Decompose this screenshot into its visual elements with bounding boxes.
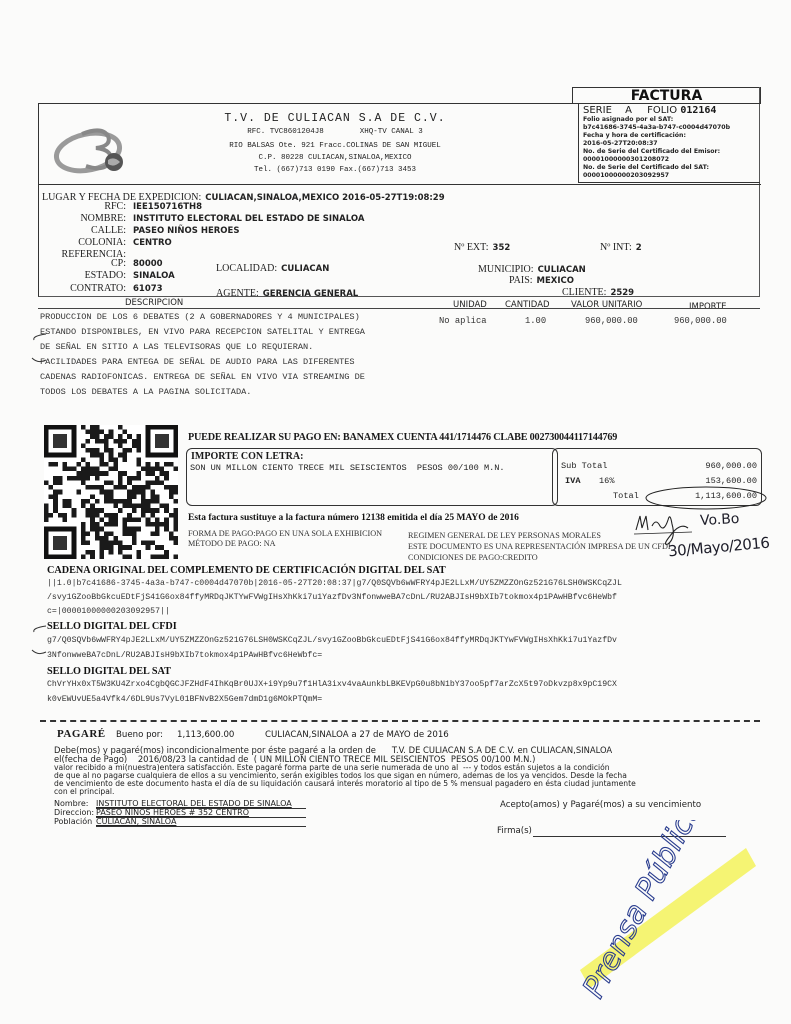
acepto-text: Acepto(amos) y Pagaré(mos) a su vencimie… <box>500 801 701 809</box>
subtotal-label: Sub Total <box>561 461 607 471</box>
condiciones-pago: CONDICIONES DE PAGO:CREDITO <box>408 553 538 562</box>
cliente-value: 2529 <box>610 288 634 298</box>
company-rfc: RFC. TVC8601204J8 XHQ-TV CANAL 3 <box>190 126 480 138</box>
importe-letra-value: SON UN MILLON CIENTO TRECE MIL SEISCIENT… <box>190 463 505 473</box>
cut-line <box>40 720 760 722</box>
colonia-label: COLONIA: <box>42 237 126 248</box>
description-line: TODOS LOS DEBATES A LA PAGINA SOLICITADA… <box>40 387 251 397</box>
cliente-label: CLIENTE: <box>562 287 606 298</box>
bueno-por-value: 1,113,600.00 <box>177 730 234 740</box>
items-header-rule <box>38 308 760 309</box>
pagare-direccion-label: Direccion: <box>54 809 94 817</box>
serie-sat-label: No. de Serie del Certificado del SAT: <box>583 164 756 172</box>
pagare-poblacion-value: CULIACAN, SINALOA <box>96 818 306 827</box>
pagare-title: PAGARÉ <box>57 728 106 740</box>
pagare-lugar-fecha: CULIACAN,SINALOA a 27 de MAYO de 2016 <box>265 730 449 740</box>
metodo-pago: MÉTODO DE PAGO: NA <box>188 539 276 548</box>
localidad-value: CULIACAN <box>281 264 329 274</box>
nint-label: Nº INT: <box>600 242 632 253</box>
next-value: 352 <box>493 243 511 253</box>
cadena-original-label: CADENA ORIGINAL DEL COMPLEMENTO DE CERTI… <box>47 565 446 576</box>
margin-bracket-icon <box>28 622 48 662</box>
margin-bracket-icon <box>28 330 48 370</box>
numero-exterior: Nº EXT: 352 <box>454 237 510 255</box>
colonia-value: CENTRO <box>133 238 172 248</box>
cantidad-value: 1.00 <box>525 316 546 326</box>
total-label: Total <box>613 491 639 501</box>
folio-sat-value: b7c41686-3745-4a3a-b747-c0004d47070b <box>583 124 756 132</box>
firma-line[interactable] <box>533 836 726 837</box>
calle-label: CALLE: <box>42 225 126 236</box>
col-descripcion: DESCRIPCION <box>125 298 183 308</box>
cadena-line: ||1.0|b7c41686-3745-4a3a-b747-c0004d4707… <box>47 579 622 588</box>
contrato-value: 61073 <box>133 284 163 294</box>
sello-cfdi-line: 3NfonwweBA7cDnL/RU2ABJIsH9bXIb7tokmox4p1… <box>47 651 322 660</box>
fecha-cert-value: 2016-05-27T20:08:37 <box>583 140 756 148</box>
cliente: CLIENTE: 2529 <box>562 282 634 300</box>
localidad-label: LOCALIDAD: <box>216 263 277 274</box>
importe-letra-box: IMPORTE CON LETRA: SON UN MILLON CIENTO … <box>186 448 558 506</box>
valor-unitario-value: 960,000.00 <box>585 316 638 326</box>
agente-value: GERENCIA GENERAL <box>263 289 358 299</box>
estado-value: SINALOA <box>133 271 175 281</box>
subtotal-value: 960,000.00 <box>705 461 757 471</box>
sello-sat-label: SELLO DIGITAL DEL SAT <box>47 666 171 677</box>
pagare-text-line: de vencimiento de este documento hasta e… <box>54 780 636 788</box>
serie-emisor-value: 00001000000301208072 <box>583 156 756 164</box>
next-label: Nº EXT: <box>454 242 489 253</box>
pagare-nombre-label: Nombre: <box>54 800 88 808</box>
localidad: LOCALIDAD: CULIACAN <box>216 258 329 276</box>
sello-cfdi-label: SELLO DIGITAL DEL CFDI <box>47 621 177 632</box>
company-city: C.P. 80228 CULIACAN,SINALOA,MEXICO <box>190 152 480 164</box>
serie-folio: SERIE A FOLIO 012164 <box>583 105 756 116</box>
bueno-por-label: Bueno por: <box>116 730 163 740</box>
company-info: T.V. DE CULIACAN S.A DE C.V. RFC. TVC860… <box>190 111 480 176</box>
importe-letra-label: IMPORTE CON LETRA: <box>191 451 303 462</box>
description-line: CADENAS RADIOFONICAS. ENTREGA DE SEÑAL E… <box>40 372 365 382</box>
company-phones: Tel. (667)713 0190 Fax.(667)713 3453 <box>190 164 480 176</box>
agente: AGENTE: GERENCIA GENERAL <box>216 283 358 301</box>
serie-sat-value: 00001000000203092957 <box>583 172 756 180</box>
importe-value: 960,000.00 <box>674 316 727 326</box>
description-line: FACILIDADES PARA ENTEGA DE SEÑAL DE AUDI… <box>40 357 355 367</box>
rfc-label: RFC: <box>42 201 126 212</box>
bank-info: PUEDE REALIZAR SU PAGO EN: BANAMEX CUENT… <box>188 432 617 443</box>
channel-3-logo-icon <box>52 120 138 176</box>
description-line: PRODUCCION DE LOS 6 DEBATES (2 A GOBERNA… <box>40 312 360 322</box>
contrato-label: CONTRATO: <box>42 283 126 294</box>
forma-pago: FORMA DE PAGO:PAGO EN UNA SOLA EXHIBICIO… <box>188 529 382 538</box>
serie-emisor-label: No. de Serie del Certificado del Emisor: <box>583 148 756 156</box>
nombre-label: NOMBRE: <box>42 213 126 224</box>
nombre-value: INSTITUTO ELECTORAL DEL ESTADO DE SINALO… <box>133 214 364 224</box>
sello-sat-line: ChVrYHx0xT5W3KU4Zrxo4CgbQGCJFZHdF4IhKqBr… <box>47 680 617 689</box>
pais-label: PAIS: <box>509 275 533 286</box>
numero-interior: Nº INT: 2 <box>600 237 642 255</box>
fecha-cert-label: Fecha y hora de certificación: <box>583 132 756 140</box>
folio-sat-label: Folio asignado por el SAT: <box>583 116 756 124</box>
pagare-text-line: con el principal. <box>54 788 114 796</box>
serie-label: SERIE <box>583 105 612 116</box>
calle-value: PASEO NIÑOS HEROES <box>133 226 239 236</box>
company-name: T.V. DE CULIACAN S.A DE C.V. <box>190 111 480 126</box>
document-title: FACTURA <box>572 87 761 104</box>
unidad-value: No aplica <box>439 316 487 326</box>
cp-label: CP: <box>42 258 126 269</box>
company-address: RIO BALSAS Ote. 921 Fracc.COLINAS DE SAN… <box>190 140 480 152</box>
pagare-poblacion-label: Población <box>54 818 92 826</box>
sello-cfdi-line: g7/Q0SQVb6wWFRY4pJE2LLxM/UY5ZMZZOnGz521G… <box>47 636 617 645</box>
description-line: ESTANDO DISPONIBLES, EN VIVO PARA RECEPC… <box>40 327 365 337</box>
iva-label: IVA <box>565 476 580 486</box>
serie-value: A <box>625 105 632 116</box>
sello-sat-line: k0vEWUvUE5a4Vfk4/6DL9Us7VyL01BFNvB2X5Gem… <box>47 695 322 704</box>
sustituye-note: Esta factura sustituye a la factura núme… <box>188 513 519 523</box>
regimen: REGIMEN GENERAL DE LEY PERSONAS MORALES <box>408 531 601 540</box>
folio-label: FOLIO <box>647 105 677 116</box>
cp-value: 80000 <box>133 259 163 269</box>
cadena-line: c=|00001000000203092957|| <box>47 607 170 616</box>
nint-value: 2 <box>636 243 642 253</box>
folio-value: 012164 <box>680 105 716 116</box>
iva-rate: 16% <box>599 476 614 486</box>
qr-code-icon <box>42 425 180 559</box>
estado-label: ESTADO: <box>42 270 126 281</box>
firma-label: Firma(s) <box>497 827 532 835</box>
lugar-value: CULIACAN,SINALOA,MEXICO 2016-05-27T19:08… <box>205 193 444 203</box>
col-importe: IMPORTE <box>689 302 727 312</box>
vobo-handwritten: Vo.Bo <box>700 511 740 529</box>
cadena-line: /svy1GZooBbGkcuEDtFjS41G6ox84ffyMRDqJKTY… <box>47 593 617 602</box>
description-line: DE SEÑAL EN SITIO A LAS TELEVISORAS QUE … <box>40 342 313 352</box>
rfc-value: IEE150716TH8 <box>133 202 202 212</box>
svg-text:Prensa Pública: Prensa Pública <box>576 820 710 1004</box>
agente-label: AGENTE: <box>216 288 259 299</box>
folio-box: SERIE A FOLIO 012164 Folio asignado por … <box>578 103 760 183</box>
prensa-publica-stamp-icon: Prensa Pública <box>560 820 760 1020</box>
